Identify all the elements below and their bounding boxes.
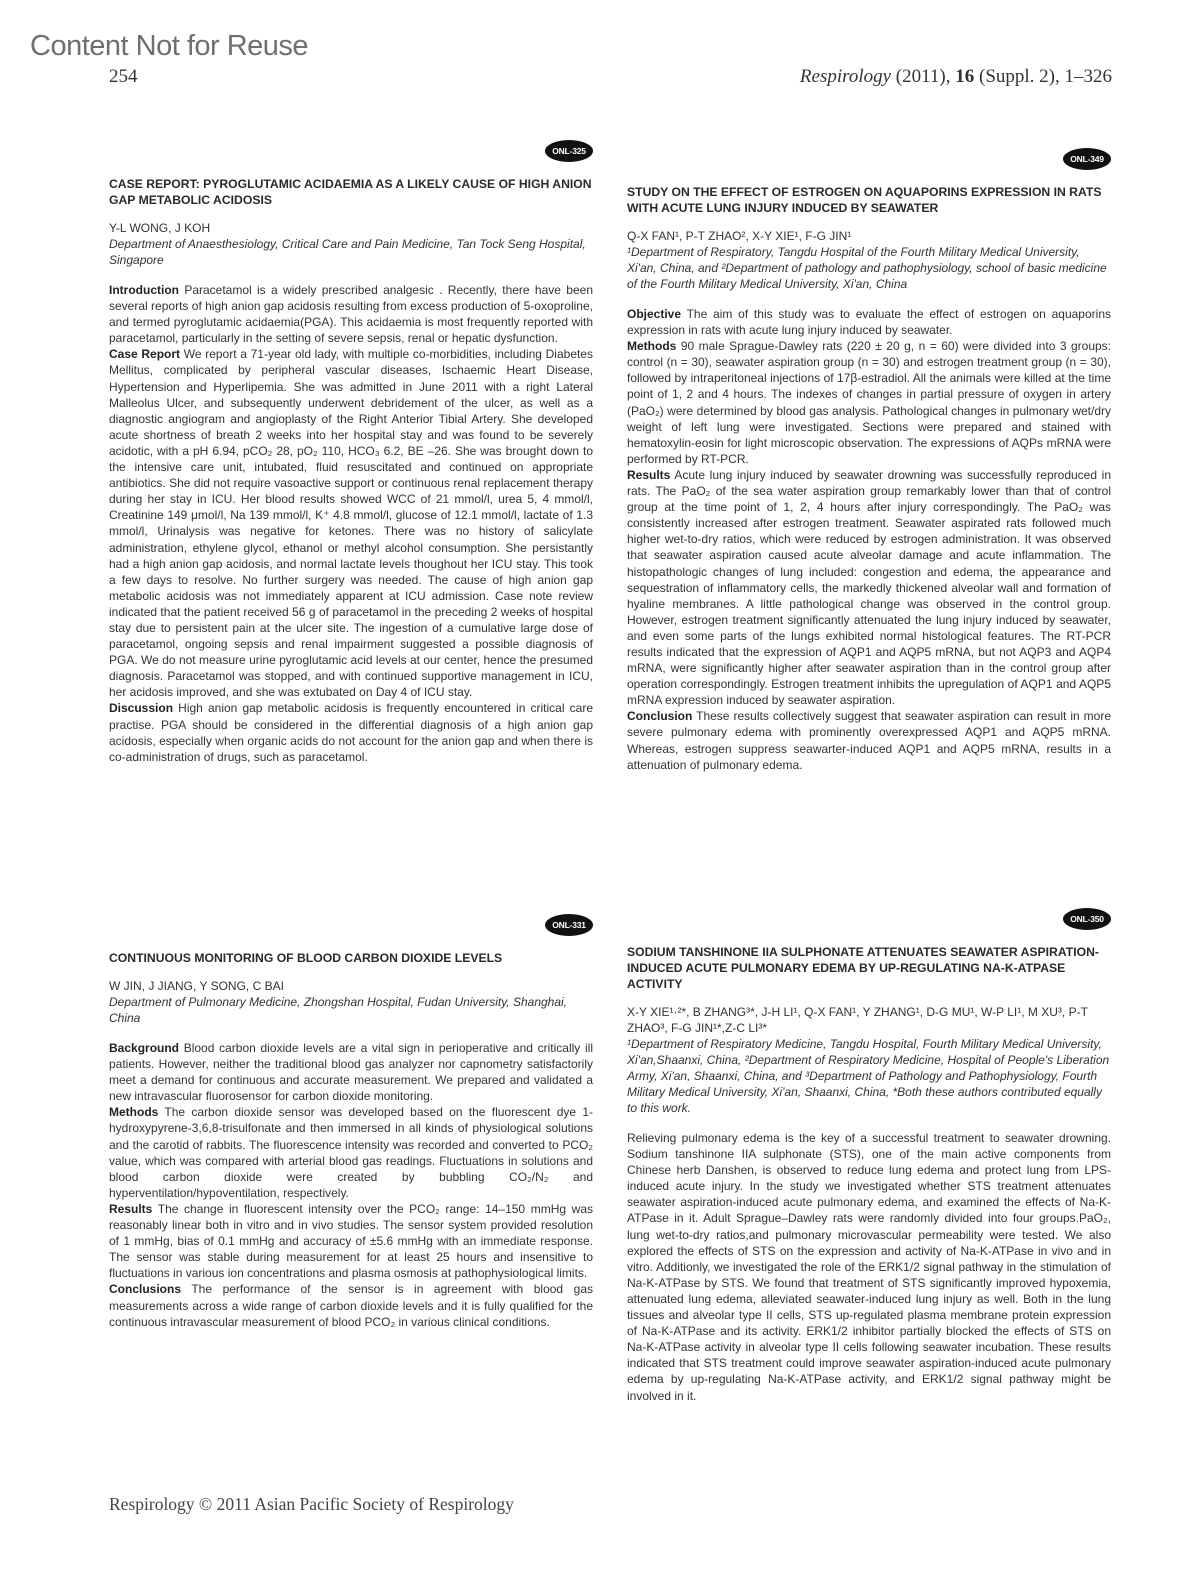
section-objective: Objective The aim of this study was to e…: [627, 306, 1111, 338]
section-text: These results collectively suggest that …: [627, 709, 1111, 771]
section-text: Relieving pulmonary edema is the key of …: [627, 1131, 1111, 1403]
abstract-affiliation: Department of Anaesthesiology, Critical …: [109, 236, 593, 268]
section-label: Conclusion: [627, 709, 692, 723]
citation-year: (2011),: [891, 66, 955, 87]
section-text: 90 male Sprague-Dawley rats (220 ± 20 g,…: [627, 339, 1111, 466]
abstract-id-badge: ONL-331: [545, 914, 593, 936]
section-label: Conclusions: [109, 1282, 181, 1296]
section-methods: Methods The carbon dioxide sensor was de…: [109, 1104, 593, 1201]
section-discussion: Discussion High anion gap metabolic acid…: [109, 700, 593, 764]
page-number: 254: [109, 66, 138, 88]
abstract-body: Introduction Paracetamol is a widely pre…: [109, 282, 593, 765]
section-label: Objective: [627, 307, 681, 321]
abstract-affiliation: Department of Pulmonary Medicine, Zhongs…: [109, 994, 593, 1026]
abstract-id-badge: ONL-349: [1063, 148, 1111, 170]
section-text: The change in fluorescent intensity over…: [109, 1202, 593, 1280]
section-background: Background Blood carbon dioxide levels a…: [109, 1040, 593, 1104]
section-label: Introduction: [109, 283, 179, 297]
section-results: Results Acute lung injury induced by sea…: [627, 467, 1111, 708]
section-conclusions: Conclusions The performance of the senso…: [109, 1281, 593, 1329]
section-introduction: Introduction Paracetamol is a widely pre…: [109, 282, 593, 346]
section-text: Blood carbon dioxide levels are a vital …: [109, 1041, 593, 1103]
abstract-authors: Y-L WONG, J KOH: [109, 220, 593, 236]
footer-copyright: Respirology © 2011 Asian Pacific Society…: [109, 1494, 514, 1515]
abstract-body: Relieving pulmonary edema is the key of …: [627, 1130, 1111, 1404]
section-text: We report a 71-year old lady, with multi…: [109, 347, 593, 699]
running-head: Respirology (2011), 16 (Suppl. 2), 1–326: [800, 66, 1112, 88]
abstract-onl-325: ONL-325 CASE REPORT: PYROGLUTAMIC ACIDAE…: [109, 140, 593, 765]
section-main: Relieving pulmonary edema is the key of …: [627, 1130, 1111, 1404]
abstract-id-badge: ONL-325: [545, 140, 593, 162]
section-text: The aim of this study was to evaluate th…: [627, 307, 1111, 337]
abstract-id-badge: ONL-350: [1063, 908, 1111, 930]
abstract-affiliation: ¹Department of Respiratory, Tangdu Hospi…: [627, 244, 1111, 292]
section-methods: Methods 90 male Sprague-Dawley rats (220…: [627, 338, 1111, 467]
abstract-onl-349: ONL-349 STUDY ON THE EFFECT OF ESTROGEN …: [627, 148, 1111, 773]
abstract-title: STUDY ON THE EFFECT OF ESTROGEN ON AQUAP…: [627, 184, 1111, 216]
abstract-title: CASE REPORT: PYROGLUTAMIC ACIDAEMIA AS A…: [109, 176, 593, 208]
section-label: Methods: [627, 339, 676, 353]
section-results: Results The change in fluorescent intens…: [109, 1201, 593, 1281]
section-conclusion: Conclusion These results collectively su…: [627, 708, 1111, 772]
abstract-title: SODIUM TANSHINONE IIA SULPHONATE ATTENUA…: [627, 944, 1111, 992]
section-text: High anion gap metabolic acidosis is fre…: [109, 701, 593, 763]
abstract-onl-331: ONL-331 CONTINUOUS MONITORING OF BLOOD C…: [109, 914, 593, 1330]
abstract-authors: Q-X FAN¹, P-T ZHAO², X-Y XIE¹, F-G JIN¹: [627, 228, 1111, 244]
abstract-authors: X-Y XIE¹·²*, B ZHANG³*, J-H LI¹, Q-X FAN…: [627, 1004, 1111, 1036]
abstract-onl-350: ONL-350 SODIUM TANSHINONE IIA SULPHONATE…: [627, 908, 1111, 1404]
abstract-title: CONTINUOUS MONITORING OF BLOOD CARBON DI…: [109, 950, 593, 966]
section-case-report: Case Report We report a 71-year old lady…: [109, 346, 593, 700]
abstract-affiliation: ¹Department of Respiratory Medicine, Tan…: [627, 1036, 1111, 1116]
section-label: Background: [109, 1041, 179, 1055]
abstract-body: Objective The aim of this study was to e…: [627, 306, 1111, 773]
section-text: The carbon dioxide sensor was developed …: [109, 1105, 593, 1199]
section-label: Results: [627, 468, 670, 482]
section-text: Paracetamol is a widely prescribed analg…: [109, 283, 593, 345]
journal-name: Respirology: [800, 66, 891, 87]
section-text: Acute lung injury induced by seawater dr…: [627, 468, 1111, 707]
section-label: Discussion: [109, 701, 173, 715]
abstract-body: Background Blood carbon dioxide levels a…: [109, 1040, 593, 1330]
section-label: Results: [109, 1202, 152, 1216]
citation-pages: (Suppl. 2), 1–326: [974, 66, 1112, 87]
watermark: Content Not for Reuse: [30, 30, 308, 63]
section-label: Methods: [109, 1105, 158, 1119]
abstract-authors: W JIN, J JIANG, Y SONG, C BAI: [109, 978, 593, 994]
section-text: The performance of the sensor is in agre…: [109, 1282, 593, 1328]
section-label: Case Report: [109, 347, 180, 361]
volume: 16: [955, 66, 974, 87]
